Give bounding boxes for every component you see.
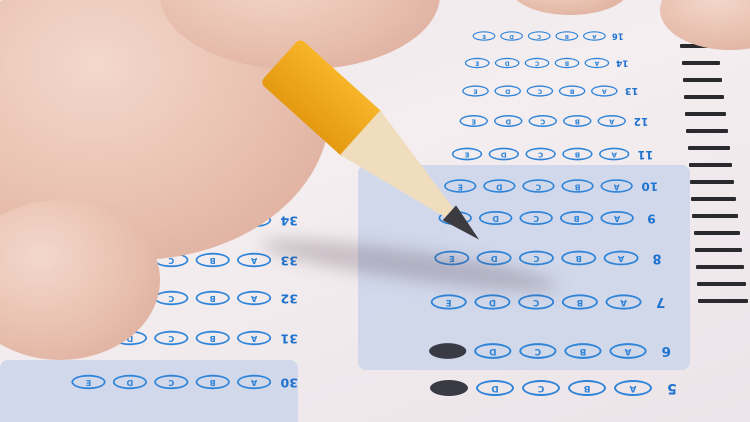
answer-bubble-d[interactable]: D	[483, 179, 515, 193]
answer-bubble-c[interactable]: C	[528, 31, 551, 41]
answer-bubble-d[interactable]: D	[494, 85, 521, 96]
answer-bubble-c[interactable]: C	[527, 85, 554, 96]
answer-bubble-d[interactable]: D	[476, 380, 514, 396]
question-row: EDCBA5	[430, 380, 684, 396]
question-row: EDCBA14	[465, 58, 630, 68]
question-number: 16	[611, 31, 625, 41]
question-number: 12	[632, 115, 650, 127]
answer-bubble-c[interactable]: C	[154, 291, 188, 305]
answer-bubble-b[interactable]: B	[562, 148, 592, 161]
answer-bubble-e[interactable]: E	[465, 58, 490, 68]
question-row: EDCBA11	[452, 148, 655, 161]
answer-bubble-b[interactable]: B	[568, 380, 606, 396]
question-row: DCBA31	[113, 331, 300, 345]
question-number: 10	[640, 179, 660, 193]
answer-bubble-a[interactable]: A	[604, 251, 639, 266]
answer-bubble-e[interactable]: E	[462, 85, 489, 96]
answer-bubble-a[interactable]: A	[601, 179, 633, 193]
timing-mark	[695, 248, 742, 252]
answer-bubble-c[interactable]: C	[519, 343, 556, 359]
answer-bubble-a[interactable]: A	[583, 31, 606, 41]
answer-bubble-b[interactable]: B	[562, 294, 598, 309]
answer-bubble-b[interactable]: B	[196, 375, 230, 389]
answer-bubble-c[interactable]: C	[519, 211, 552, 225]
answer-bubble-c[interactable]: C	[154, 331, 188, 345]
timing-mark	[698, 299, 748, 303]
answer-bubble-b[interactable]: B	[561, 251, 596, 266]
answer-bubble-a[interactable]: A	[237, 291, 271, 305]
question-number: 13	[623, 85, 640, 96]
question-row: EDCBA6	[429, 343, 678, 359]
timing-mark	[691, 197, 736, 201]
answer-bubble-a[interactable]: A	[609, 343, 646, 359]
answer-bubble-e[interactable]: E	[460, 115, 489, 127]
answer-bubble-c[interactable]: C	[522, 380, 560, 396]
answer-bubble-e[interactable]: E	[473, 31, 496, 41]
answer-bubble-c[interactable]: C	[154, 375, 188, 389]
answer-bubble-a[interactable]: A	[614, 380, 652, 396]
shaded-panel-left	[0, 360, 298, 422]
timing-mark	[682, 61, 720, 65]
answer-bubble-c[interactable]: C	[522, 179, 554, 193]
question-number: 7	[649, 294, 672, 309]
question-number: 11	[636, 148, 655, 161]
answer-bubble-d[interactable]: D	[500, 31, 523, 41]
answer-bubble-a[interactable]: A	[591, 85, 618, 96]
answer-bubble-d[interactable]: D	[474, 343, 511, 359]
answer-bubble-c[interactable]: C	[518, 294, 554, 309]
answer-bubble-d[interactable]: D	[495, 58, 520, 68]
question-number: 34	[278, 213, 300, 227]
answer-bubble-b[interactable]: B	[196, 331, 230, 345]
answer-bubble-a[interactable]: A	[585, 58, 610, 68]
answer-bubble-b[interactable]: B	[196, 291, 230, 305]
timing-mark	[696, 265, 744, 269]
photo-scene: EDCBA16EDCBA14EDCBA13EDCBA12EDCBA11EDCBA…	[0, 0, 750, 422]
timing-mark	[685, 112, 726, 116]
timing-mark	[684, 95, 724, 99]
timing-mark	[683, 78, 722, 82]
answer-bubble-e[interactable]: E	[429, 343, 466, 359]
answer-bubble-c[interactable]: C	[519, 251, 554, 266]
timing-mark	[692, 214, 738, 218]
answer-bubble-a[interactable]: A	[606, 294, 642, 309]
answer-bubble-b[interactable]: B	[555, 31, 578, 41]
timing-mark	[690, 180, 734, 184]
answer-bubble-b[interactable]: B	[555, 58, 580, 68]
answer-bubble-a[interactable]: A	[598, 115, 627, 127]
answer-bubble-e[interactable]: E	[452, 148, 482, 161]
answer-bubble-a[interactable]: A	[599, 148, 629, 161]
question-number: 9	[641, 211, 662, 225]
question-number: 14	[614, 58, 630, 68]
answer-bubble-e[interactable]: E	[430, 380, 468, 396]
timing-marks	[670, 0, 750, 422]
answer-bubble-d[interactable]: D	[489, 148, 519, 161]
answer-bubble-c[interactable]: C	[525, 58, 550, 68]
question-number: 30	[278, 375, 300, 389]
timing-mark	[697, 282, 746, 286]
timing-mark	[694, 231, 740, 235]
answer-bubble-a[interactable]: A	[237, 331, 271, 345]
answer-bubble-b[interactable]: B	[560, 211, 593, 225]
answer-bubble-b[interactable]: B	[559, 85, 586, 96]
question-row: EDCBA7	[431, 294, 672, 309]
question-row: EDCBA13	[462, 85, 640, 96]
answer-bubble-a[interactable]: A	[237, 375, 271, 389]
timing-mark	[688, 146, 730, 150]
answer-bubble-e[interactable]: E	[431, 294, 467, 309]
question-number: 8	[646, 251, 668, 266]
answer-bubble-b[interactable]: B	[561, 179, 593, 193]
answer-bubble-a[interactable]: A	[237, 253, 271, 267]
answer-bubble-e[interactable]: E	[71, 375, 105, 389]
answer-bubble-b[interactable]: B	[196, 253, 230, 267]
question-row: EDCBA10	[444, 179, 660, 193]
timing-mark	[686, 129, 728, 133]
answer-bubble-d[interactable]: D	[494, 115, 523, 127]
answer-bubble-d[interactable]: D	[474, 294, 510, 309]
question-row: EDCBA16	[473, 31, 625, 41]
answer-bubble-d[interactable]: D	[113, 375, 147, 389]
answer-bubble-b[interactable]: B	[564, 343, 601, 359]
answer-bubble-c[interactable]: C	[525, 148, 555, 161]
answer-bubble-c[interactable]: C	[529, 115, 558, 127]
question-number: 31	[278, 331, 300, 345]
answer-bubble-a[interactable]: A	[600, 211, 633, 225]
question-row: EDCBA30	[71, 375, 300, 389]
question-row: EDCBA12	[460, 115, 651, 127]
timing-mark	[689, 163, 732, 167]
answer-bubble-b[interactable]: B	[563, 115, 592, 127]
question-number: 32	[278, 291, 300, 305]
